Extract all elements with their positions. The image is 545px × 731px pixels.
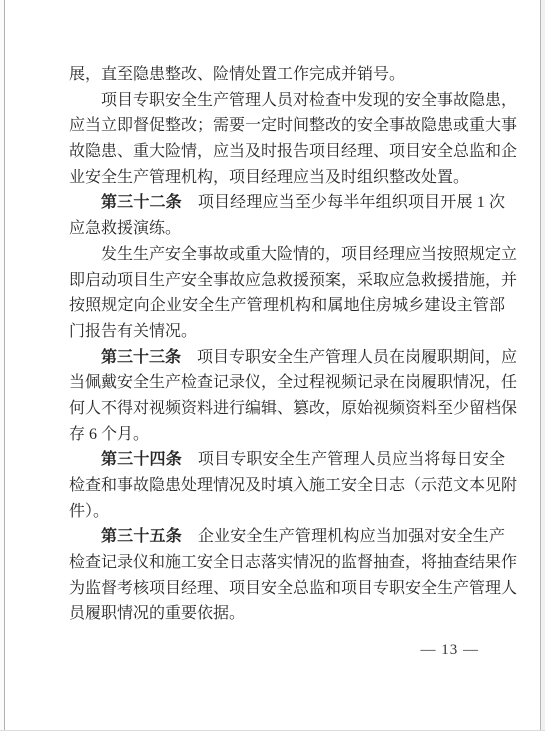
text-line: 检查和事故隐患处理情况及时填入施工安全日志（示范文本见附: [69, 473, 505, 499]
line-text: 即启动项目生产安全事故应急救援预案，采取应急救援措施，并: [69, 272, 517, 289]
line-text: 门报告有关情况。: [69, 323, 197, 340]
text-line: 应急救援演练。: [69, 216, 505, 242]
scan-edge-right: [541, 0, 545, 731]
text-line: 即启动项目生产安全事故应急救援预案，采取应急救援措施，并: [69, 268, 505, 294]
text-line: 故隐患、重大险情，应当及时报告项目经理、项目安全总监和企: [69, 139, 505, 165]
text-line: 何人不得对视频资料进行编辑、篡改，原始视频资料至少留档保: [69, 396, 505, 422]
text-line: 第三十二条项目经理应当至少每半年组织项目开展 1 次: [69, 190, 505, 216]
line-text: 检查和事故隐患处理情况及时填入施工安全日志（示范文本见附: [69, 477, 517, 494]
article-number: 第三十五条: [101, 528, 182, 545]
line-text: 件）。: [69, 503, 109, 520]
line-text: 项目经理应当至少每半年组织项目开展 1 次: [198, 194, 505, 211]
line-text: 存 6 个月。: [69, 426, 149, 443]
text-line: 按照规定向企业安全生产管理机构和属地住房城乡建设主管部: [69, 293, 505, 319]
text-line: 项目专职安全生产管理人员对检查中发现的安全事故隐患，: [69, 88, 505, 114]
line-text: 故隐患、重大险情，应当及时报告项目经理、项目安全总监和企: [69, 143, 517, 160]
document-body: 展，直至隐患整改、险情处置工作完成并销号。项目专职安全生产管理人员对检查中发现的…: [69, 62, 505, 627]
scan-edge-left-line: [4, 0, 5, 731]
line-text: 检查记录仪和施工安全日志落实情况的监督抽查，将抽查结果作: [69, 554, 517, 571]
article-number: 第三十三条: [101, 349, 181, 366]
line-text: 项目专职安全生产管理人员应当将每日安全: [198, 451, 505, 468]
text-line: 应当立即督促整改；需要一定时间整改的安全事故隐患或重大事: [69, 113, 505, 139]
line-text: 项目专职安全生产管理人员对检查中发现的安全事故隐患，: [101, 92, 517, 109]
text-line: 发生生产安全事故或重大险情的，项目经理应当按照规定立: [69, 242, 505, 268]
line-text: 企业安全生产管理机构应当加强对安全生产: [198, 528, 505, 545]
line-text: 展，直至隐患整改、险情处置工作完成并销号。: [69, 66, 405, 83]
text-line: 业安全生产管理机构，项目经理应当及时组织整改处置。: [69, 165, 505, 191]
line-text: 发生生产安全事故或重大险情的，项目经理应当按照规定立: [101, 246, 517, 263]
text-line: 件）。: [69, 499, 505, 525]
page-number: — 13 —: [421, 642, 480, 659]
line-text: 为监督考核项目经理、项目安全总监和项目专职安全生产管理人: [69, 580, 517, 597]
text-line: 员履职情况的重要依据。: [69, 601, 505, 627]
text-line: 第三十三条项目专职安全生产管理人员在岗履职期间，应: [69, 345, 505, 371]
line-text: 员履职情况的重要依据。: [69, 605, 245, 622]
text-line: 当佩戴安全生产检查记录仪，全过程视频记录在岗履职情况，任: [69, 370, 505, 396]
text-line: 存 6 个月。: [69, 422, 505, 448]
article-number: 第三十二条: [101, 194, 182, 211]
text-line: 展，直至隐患整改、险情处置工作完成并销号。: [69, 62, 505, 88]
line-text: 按照规定向企业安全生产管理机构和属地住房城乡建设主管部: [69, 297, 505, 314]
line-text: 应急救援演练。: [69, 220, 181, 237]
line-text: 应当立即督促整改；需要一定时间整改的安全事故隐患或重大事: [69, 117, 517, 134]
article-number: 第三十四条: [101, 451, 182, 468]
text-line: 门报告有关情况。: [69, 319, 505, 345]
line-text: 项目专职安全生产管理人员在岗履职期间，应: [197, 349, 517, 366]
text-line: 第三十四条项目专职安全生产管理人员应当将每日安全: [69, 447, 505, 473]
text-line: 检查记录仪和施工安全日志落实情况的监督抽查，将抽查结果作: [69, 550, 505, 576]
line-text: 业安全生产管理机构，项目经理应当及时组织整改处置。: [69, 169, 469, 186]
scan-edge-right-line: [540, 0, 541, 731]
line-text: 当佩戴安全生产检查记录仪，全过程视频记录在岗履职情况，任: [69, 374, 517, 391]
line-text: 何人不得对视频资料进行编辑、篡改，原始视频资料至少留档保: [69, 400, 517, 417]
text-line: 第三十五条企业安全生产管理机构应当加强对安全生产: [69, 524, 505, 550]
text-line: 为监督考核项目经理、项目安全总监和项目专职安全生产管理人: [69, 576, 505, 602]
